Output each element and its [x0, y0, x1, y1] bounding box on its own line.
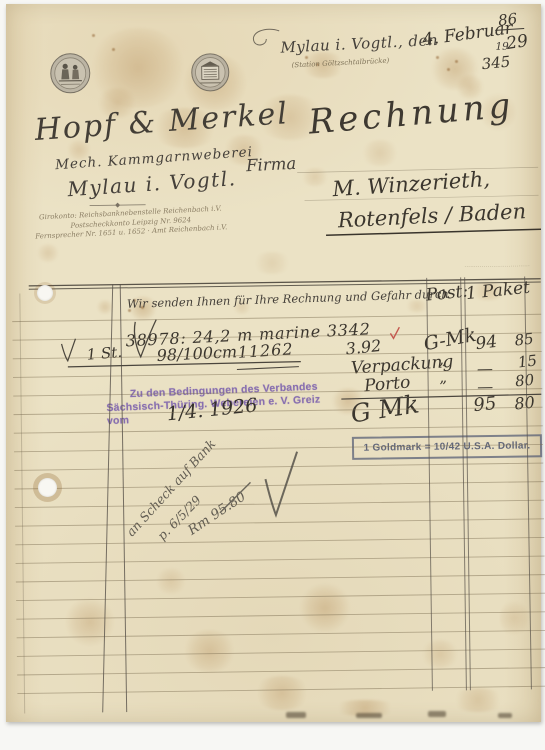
checkmark-red-icon: [390, 327, 399, 338]
item-underline: [68, 362, 301, 367]
slash-mark: [219, 482, 250, 512]
sum-line: [341, 394, 541, 399]
document-content: Hopf & Merkel Mech. Kammgarnweberei Myla…: [0, 0, 545, 750]
customer-city-underline: [326, 229, 541, 235]
ink-flourish: [253, 29, 279, 45]
punch-hole-bottom: [38, 478, 57, 497]
corner-number-underline: [495, 28, 524, 30]
punch-hole-top: [37, 285, 53, 301]
scanned-invoice-page: Hopf & Merkel Mech. Kammgarnweberei Myla…: [0, 0, 545, 750]
table-lines: [0, 0, 545, 750]
checkmark-large-icon: [265, 452, 298, 515]
